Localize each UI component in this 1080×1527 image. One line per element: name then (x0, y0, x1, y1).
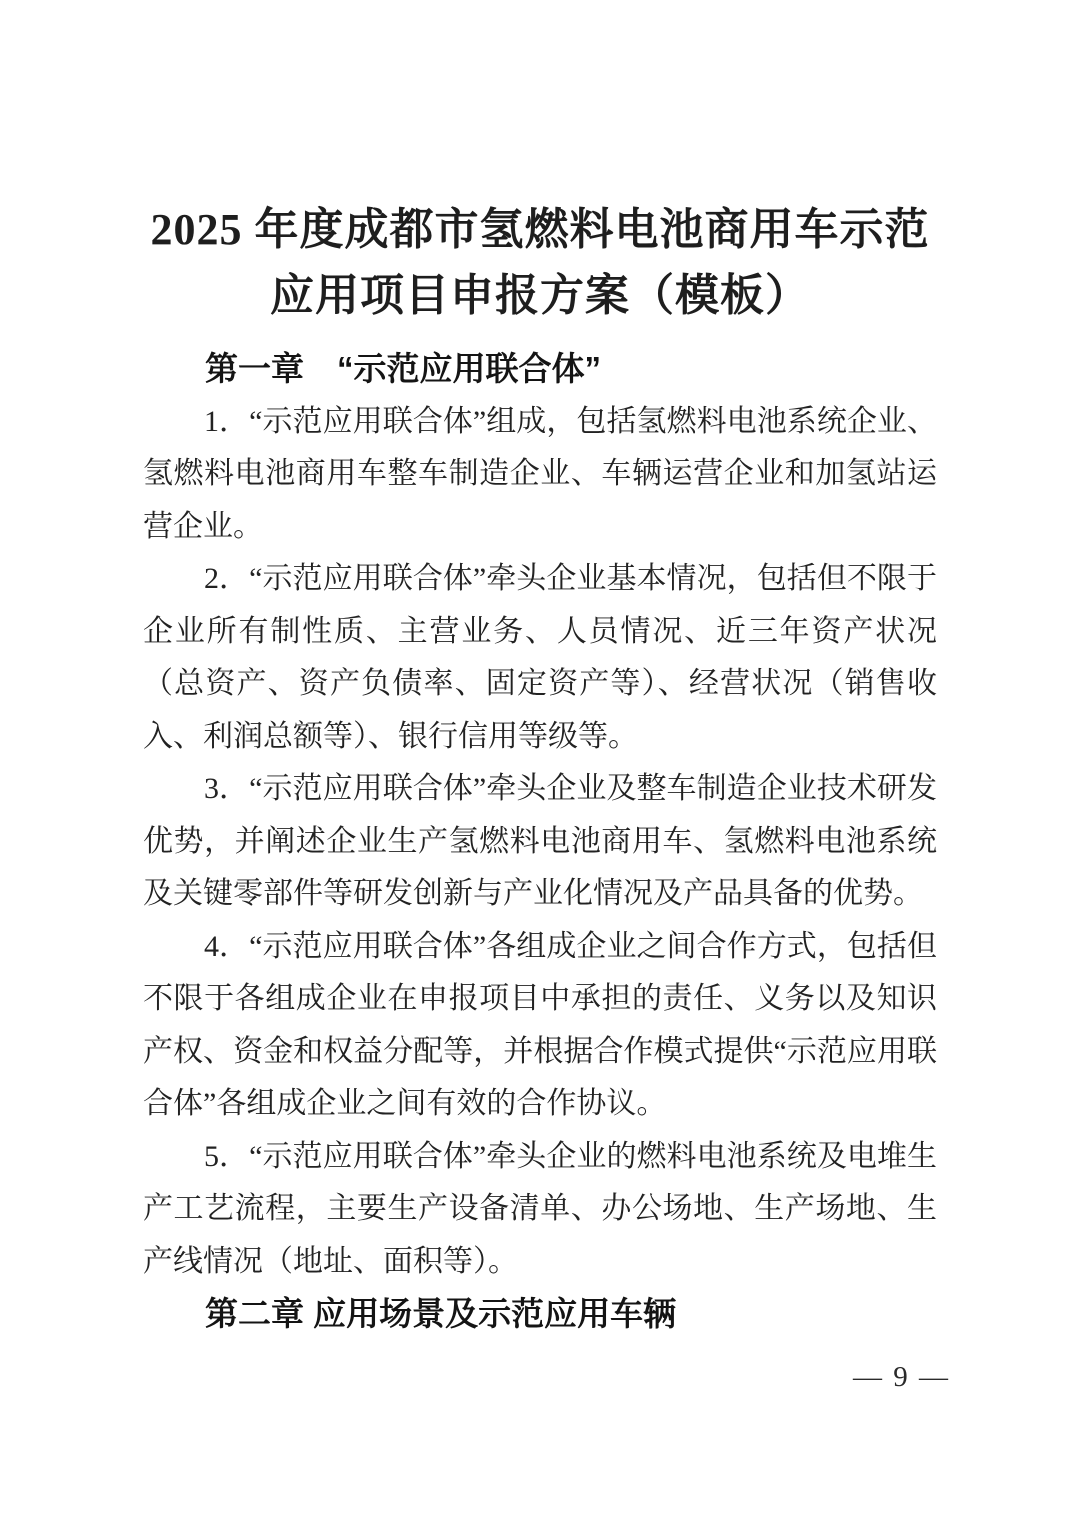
document-page: { "page": { "background": "#ffffff", "te… (0, 0, 1080, 1527)
document-title-line1: 2025 年度成都市氢燃料电池商用车示范 (143, 197, 937, 263)
page-number: — 9 — (853, 1360, 950, 1394)
chapter-2-heading: 第二章 应用场景及示范应用车辆 (143, 1288, 937, 1341)
chapter-1-paragraph-1: 1．“示范应用联合体”组成，包括氢燃料电池系统企业、氢燃料电池商用车整车制造企业… (143, 396, 937, 554)
chapter-1-heading: 第一章 “示范应用联合体” (143, 343, 937, 396)
page-content: 2025 年度成都市氢燃料电池商用车示范 应用项目申报方案（模板） 第一章 “示… (143, 0, 937, 1341)
chapter-1-paragraph-5: 5．“示范应用联合体”牵头企业的燃料电池系统及电堆生产工艺流程，主要生产设备清单… (143, 1131, 937, 1289)
document-title: 2025 年度成都市氢燃料电池商用车示范 应用项目申报方案（模板） (143, 197, 937, 329)
document-title-line2: 应用项目申报方案（模板） (143, 263, 937, 329)
chapter-1-paragraph-2: 2．“示范应用联合体”牵头企业基本情况，包括但不限于企业所有制性质、主营业务、人… (143, 553, 937, 763)
chapter-1-paragraph-3: 3．“示范应用联合体”牵头企业及整车制造企业技术研发优势，并阐述企业生产氢燃料电… (143, 763, 937, 921)
chapter-1-paragraph-4: 4．“示范应用联合体”各组成企业之间合作方式，包括但不限于各组成企业在申报项目中… (143, 921, 937, 1131)
